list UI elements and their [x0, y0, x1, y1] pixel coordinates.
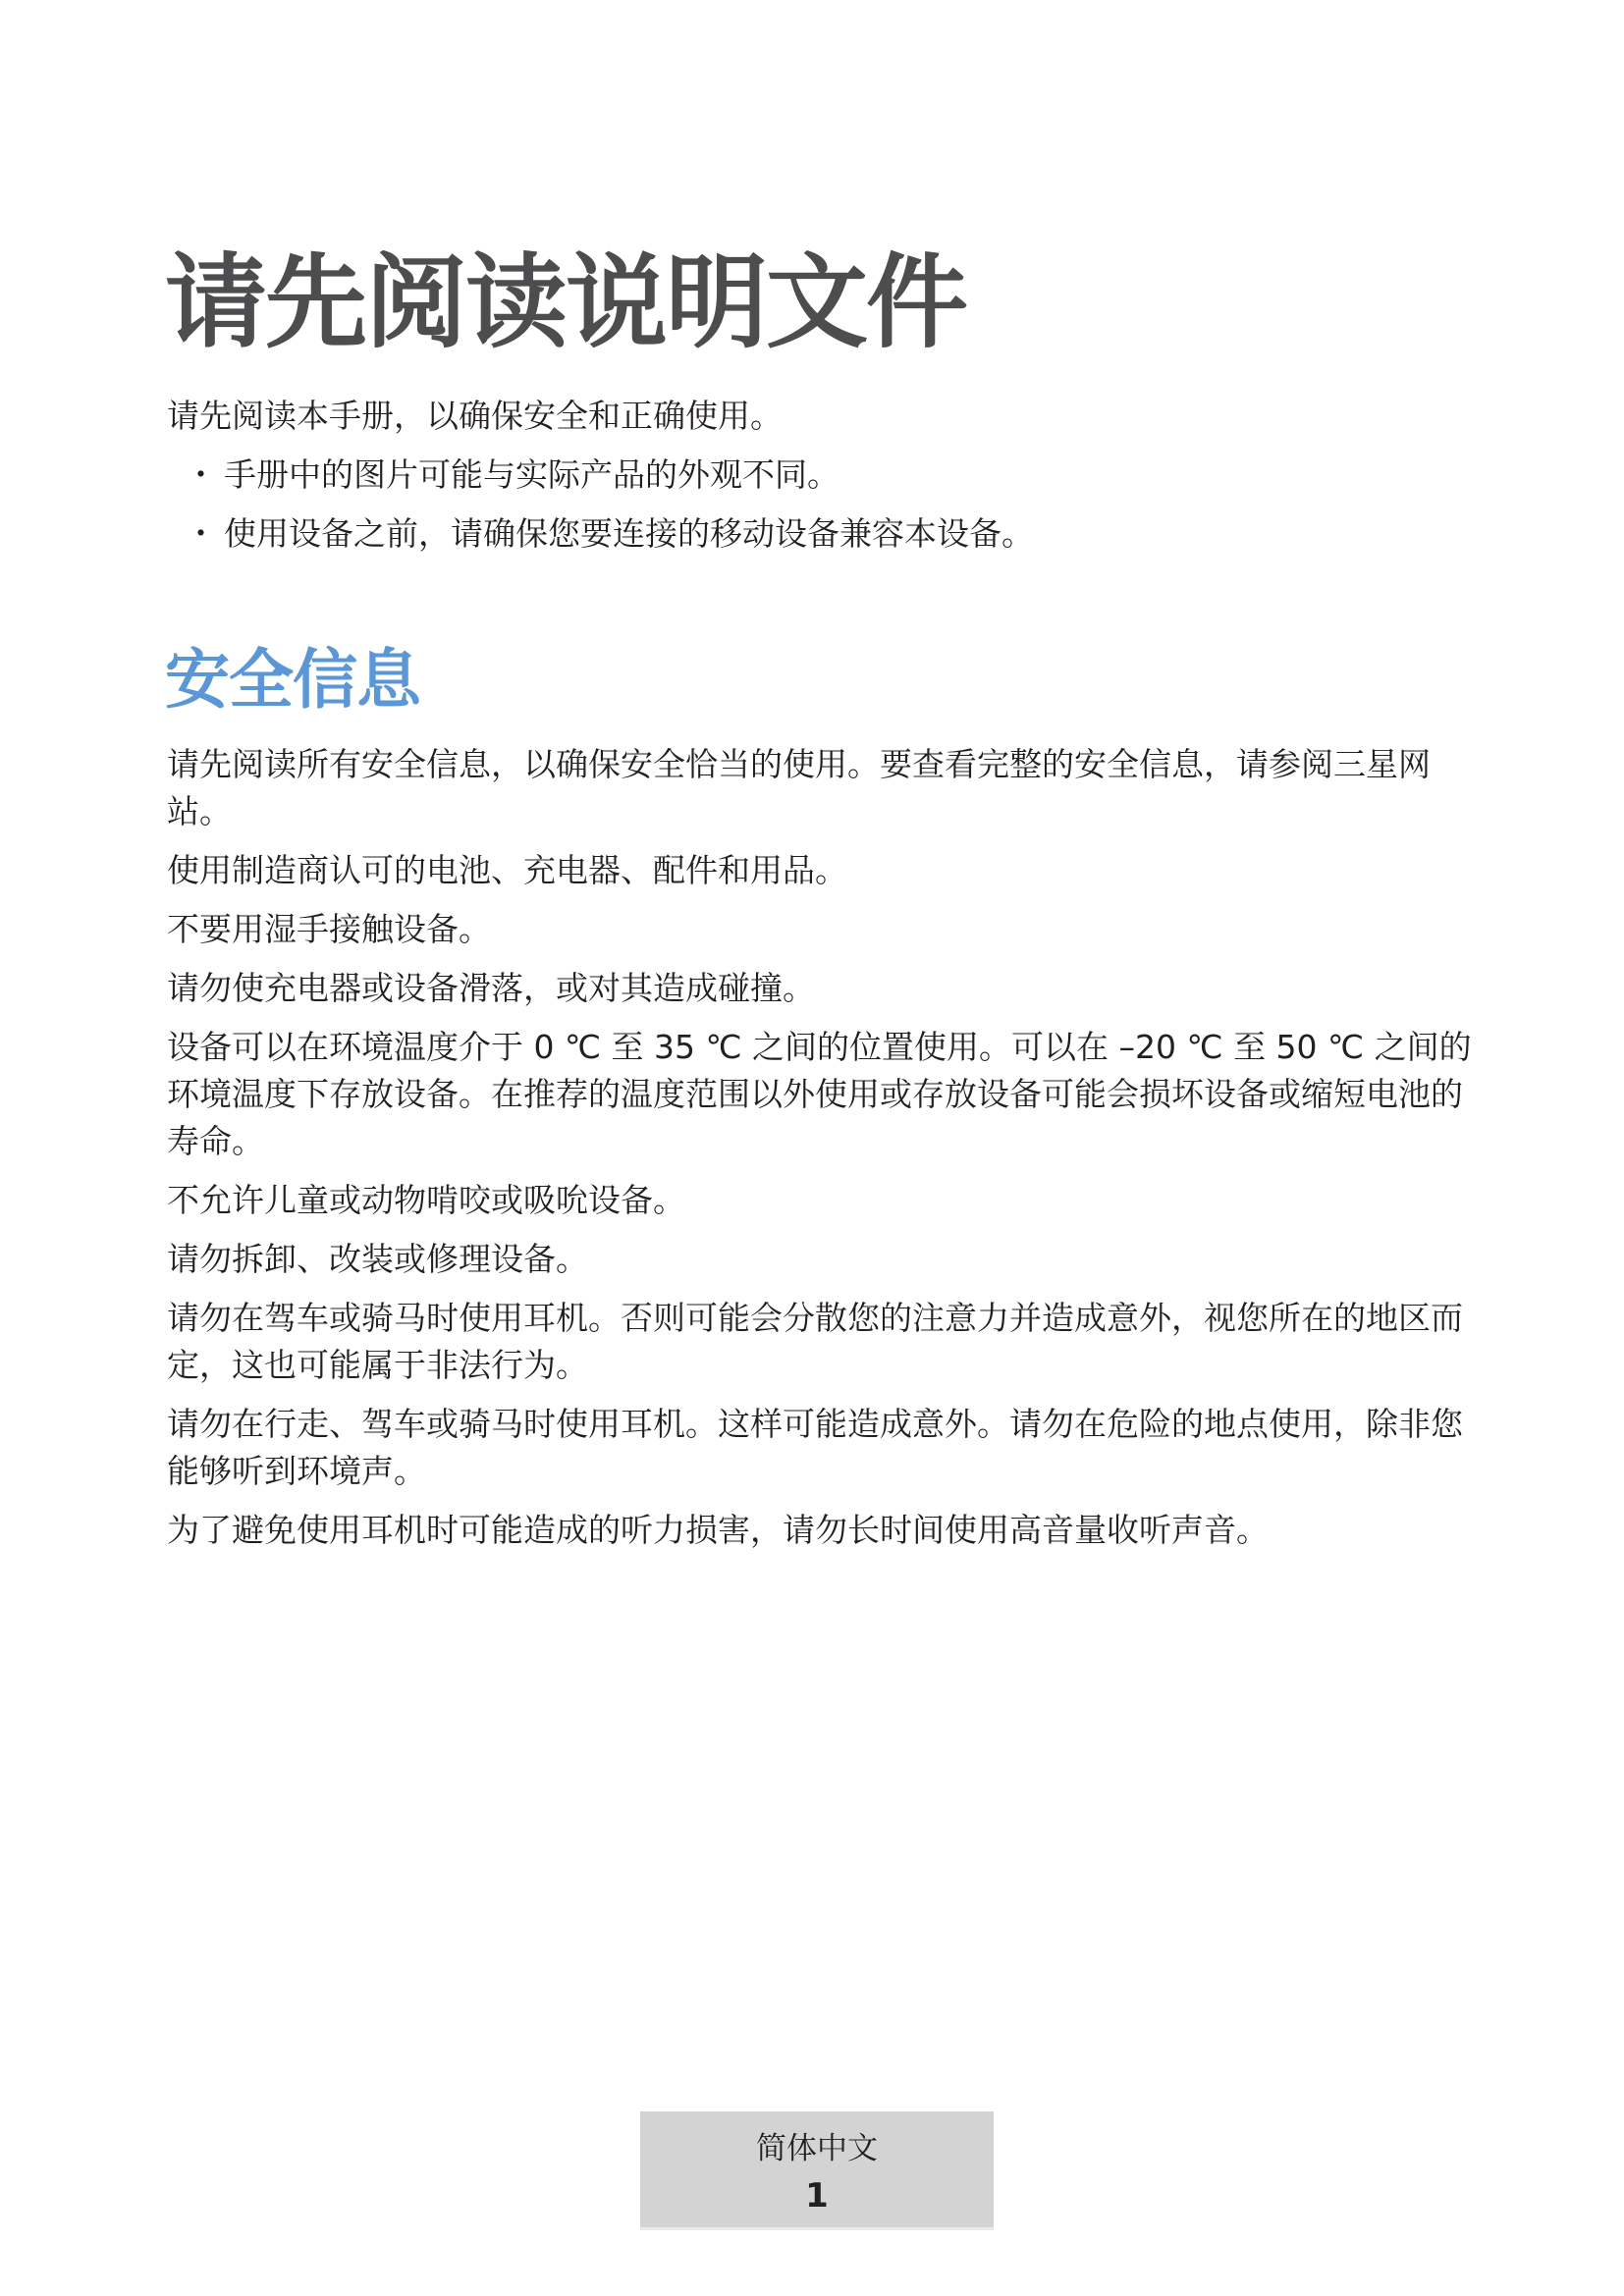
bullet-icon: ・	[185, 510, 217, 558]
bullet-item: ・ 使用设备之前，请确保您要连接的移动设备兼容本设备。	[167, 510, 1473, 558]
page-number: 1	[640, 2176, 994, 2216]
page-footer: 简体中文 1	[640, 2111, 994, 2230]
bullet-item: ・ 手册中的图片可能与实际产品的外观不同。	[167, 452, 1473, 499]
intro-bullet-list: ・ 手册中的图片可能与实际产品的外观不同。 ・ 使用设备之前，请确保您要连接的移…	[167, 452, 1473, 558]
safety-paragraph: 请先阅读所有安全信息，以确保安全恰当的使用。要查看完整的安全信息，请参阅三星网站…	[167, 741, 1473, 835]
footer-language-label: 简体中文	[640, 2129, 994, 2168]
bullet-icon: ・	[185, 452, 217, 499]
safety-paragraph: 设备可以在环境温度介于 0 ℃ 至 35 ℃ 之间的位置使用。可以在 –20 ℃…	[167, 1024, 1473, 1165]
safety-paragraph: 请勿在驾车或骑马时使用耳机。否则可能会分散您的注意力并造成意外，视您所在的地区而…	[167, 1295, 1473, 1389]
safety-paragraph: 不要用湿手接触设备。	[167, 906, 1473, 953]
safety-paragraph: 不允许儿童或动物啃咬或吸吮设备。	[167, 1177, 1473, 1224]
bullet-text: 手册中的图片可能与实际产品的外观不同。	[224, 455, 839, 494]
safety-paragraph: 使用制造商认可的电池、充电器、配件和用品。	[167, 847, 1473, 894]
section-title-safety: 安全信息	[165, 638, 420, 722]
safety-paragraph: 为了避免使用耳机时可能造成的听力损害，请勿长时间使用高音量收听声音。	[167, 1507, 1473, 1554]
safety-paragraph: 请勿使充电器或设备滑落，或对其造成碰撞。	[167, 965, 1473, 1012]
safety-section: 请先阅读所有安全信息，以确保安全恰当的使用。要查看完整的安全信息，请参阅三星网站…	[167, 741, 1473, 1566]
intro-text: 请先阅读本手册，以确保安全和正确使用。	[167, 393, 1473, 440]
safety-paragraph: 请勿在行走、驾车或骑马时使用耳机。这样可能造成意外。请勿在危险的地点使用，除非您…	[167, 1401, 1473, 1495]
page-title: 请先阅读说明文件	[165, 243, 966, 361]
safety-paragraph: 请勿拆卸、改装或修理设备。	[167, 1236, 1473, 1283]
intro-section: 请先阅读本手册，以确保安全和正确使用。 ・ 手册中的图片可能与实际产品的外观不同…	[167, 393, 1473, 569]
bullet-text: 使用设备之前，请确保您要连接的移动设备兼容本设备。	[224, 514, 1034, 553]
